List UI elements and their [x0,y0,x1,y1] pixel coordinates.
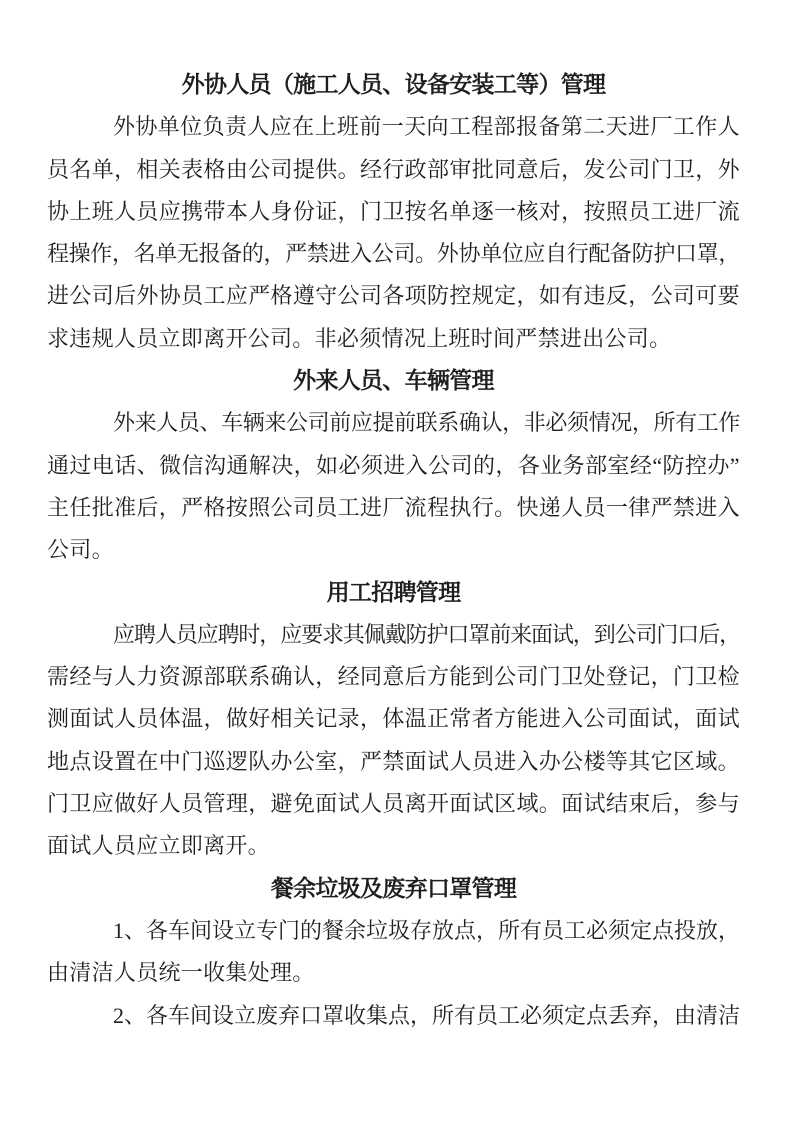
text-line: 员名单，相关表格由公司提供。经行政部审批同意后，发公司门卫，外 [47,149,740,191]
section-3: 用工招聘管理应聘人员应聘时，应要求其佩戴防护口罩前来面试，到公司门口后，需经与人… [47,572,740,868]
section-2: 外来人员、车辆管理外来人员、车辆来公司前应提前联系确认，非必须情况，所有工作通过… [47,360,740,571]
text-line: 地点设置在中门巡逻队办公室，严禁面试人员进入办公楼等其它区域。 [47,741,740,783]
text-line: 求违规人员立即离开公司。非必须情况上班时间严禁进出公司。 [47,318,740,360]
text-line: 1、各车间设立专门的餐余垃圾存放点，所有员工必须定点投放， [47,910,740,952]
section-title: 餐余垃圾及废弃口罩管理 [47,868,740,910]
document-page: 外协人员（施工人员、设备安装工等）管理外协单位负责人应在上班前一天向工程部报备第… [0,0,800,1131]
text-line: 由清洁人员统一收集处理。 [47,952,740,994]
text-line: 外协单位负责人应在上班前一天向工程部报备第二天进厂工作人 [47,106,740,148]
text-line: 公司。 [47,529,740,571]
section-title: 用工招聘管理 [47,572,740,614]
section-title: 外来人员、车辆管理 [47,360,740,402]
text-line: 面试人员应立即离开。 [47,825,740,867]
text-line: 测面试人员体温，做好相关记录，体温正常者方能进入公司面试，面试 [47,698,740,740]
section-4: 餐余垃圾及废弃口罩管理1、各车间设立专门的餐余垃圾存放点，所有员工必须定点投放，… [47,868,740,1037]
text-line: 通过电话、微信沟通解决，如必须进入公司的，各业务部室经“防控办” [47,445,740,487]
text-line: 门卫应做好人员管理，避免面试人员离开面试区域。面试结束后，参与 [47,783,740,825]
text-line: 程操作，名单无报备的，严禁进入公司。外协单位应自行配备防护口罩， [47,233,740,275]
document-content: 外协人员（施工人员、设备安装工等）管理外协单位负责人应在上班前一天向工程部报备第… [47,64,740,1037]
section-1: 外协人员（施工人员、设备安装工等）管理外协单位负责人应在上班前一天向工程部报备第… [47,64,740,360]
section-title: 外协人员（施工人员、设备安装工等）管理 [47,64,740,106]
text-line: 主任批准后，严格按照公司员工进厂流程执行。快递人员一律严禁进入 [47,487,740,529]
text-line: 外来人员、车辆来公司前应提前联系确认，非必须情况，所有工作 [47,402,740,444]
text-line: 应聘人员应聘时，应要求其佩戴防护口罩前来面试，到公司门口后， [47,614,740,656]
text-line: 需经与人力资源部联系确认，经同意后方能到公司门卫处登记，门卫检 [47,656,740,698]
text-line: 协上班人员应携带本人身份证，门卫按名单逐一核对，按照员工进厂流 [47,191,740,233]
text-line: 进公司后外协员工应严格遵守公司各项防控规定，如有违反，公司可要 [47,275,740,317]
text-line: 2、各车间设立废弃口罩收集点，所有员工必须定点丢弃，由清洁 [47,995,740,1037]
